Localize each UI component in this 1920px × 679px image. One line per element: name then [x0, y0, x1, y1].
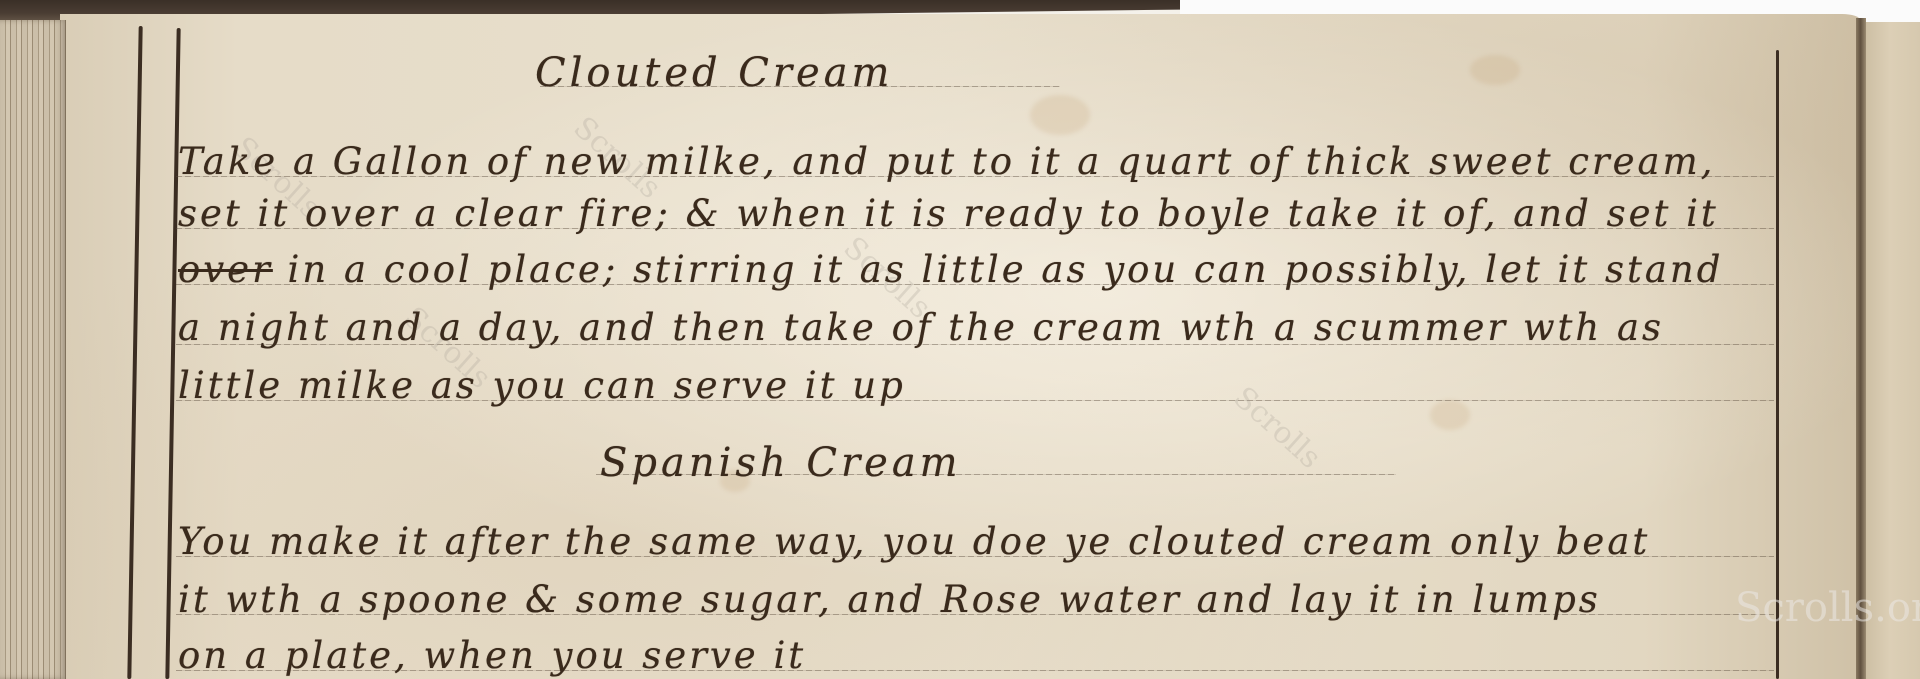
book-gutter [1856, 18, 1866, 679]
recipe-line: a night and a day, and then take of the … [178, 306, 1664, 349]
manuscript-scan: Scrolls Scrolls Scrolls Scrolls Scrolls … [0, 0, 1920, 679]
recipe-line-text: in a cool place; stirring it as little a… [288, 248, 1724, 291]
margin-rule-right [1776, 50, 1779, 679]
recipe-line: Take a Gallon of new milke, and put to i… [178, 140, 1715, 183]
recipe-line: You make it after the same way, you doe … [178, 520, 1650, 563]
recipe-line: on a plate, when you serve it [178, 634, 806, 677]
recipe-line: it wth a spoone & some sugar, and Rose w… [178, 578, 1601, 621]
recipe-line: little milke as you can serve it up [178, 364, 906, 407]
paper-stain [1030, 95, 1090, 135]
paper-stain [1430, 400, 1470, 430]
struck-word: over [178, 248, 273, 291]
recipe-title-clouted-cream: Clouted Cream [535, 50, 893, 96]
page-stack-edges [0, 20, 66, 679]
recipe-line: over in a cool place; stirring it as lit… [178, 248, 1723, 291]
recipe-title-spanish-cream: Spanish Cream [600, 440, 962, 486]
recipe-line: set it over a clear fire; & when it is r… [178, 192, 1719, 235]
facing-page-edge [1866, 22, 1920, 679]
paper-stain [1470, 55, 1520, 85]
